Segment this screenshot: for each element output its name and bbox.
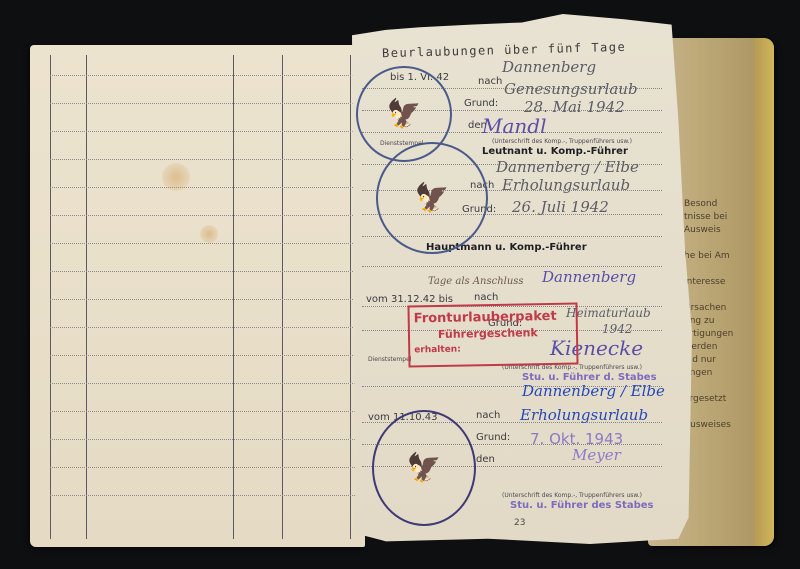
dotted-line <box>362 266 662 267</box>
cover-line: Ursachen <box>684 302 733 315</box>
row-rule <box>50 467 355 468</box>
cover-line: tnisse bei <box>684 211 733 224</box>
cover-spine-edge <box>754 38 774 546</box>
reason-handwriting: Erholungsurlaub <box>502 176 630 194</box>
signer-title: Leutnant u. Komp.-Führer <box>482 146 628 157</box>
red-stamp-line1: Fronturlauberpaket <box>410 305 576 327</box>
cover-text: Besond tnisse bei Ausweis he bei Am Inte… <box>684 198 733 432</box>
page-number: 23 <box>514 518 525 528</box>
cover-line: orgesetzt <box>684 393 733 406</box>
row-rule <box>50 439 355 440</box>
destination-handwriting: Dannenberg <box>502 58 596 76</box>
nach-label: nach <box>476 410 500 421</box>
row-rule <box>50 495 355 496</box>
stain <box>200 225 218 243</box>
cover-line: Besond <box>684 198 733 211</box>
right-page-leave-record: Beurlaubungen über fünf Tage bis 1. VI. … <box>352 14 692 544</box>
row-rule <box>50 159 355 160</box>
unit-stamp-text: Stu. u. Führer des Stabes <box>510 500 653 511</box>
round-purple-stamp: 🦅 <box>372 410 476 526</box>
left-page-ruled <box>30 45 365 547</box>
row-rule <box>50 299 355 300</box>
reason-handwriting: Erholungsurlaub <box>520 406 648 424</box>
date-handwriting: 26. Juli 1942 <box>512 198 609 216</box>
grund-label: Grund: <box>464 98 498 109</box>
eagle-emblem-icon: 🦅 <box>407 454 442 482</box>
destination-handwriting: Dannenberg / Elbe <box>496 158 639 176</box>
row-rule <box>50 131 355 132</box>
from-to-label: vom 31.12.42 bis <box>366 294 453 305</box>
destination-handwriting: Dannenberg <box>542 268 636 286</box>
note-handwriting: Tage als Anschluss <box>428 276 524 287</box>
row-rule <box>50 243 355 244</box>
row-rule <box>50 215 355 216</box>
stamp-label: Dienststempel <box>368 356 411 363</box>
destination-handwriting: Dannenberg / Elbe <box>522 382 665 400</box>
row-rule <box>50 75 355 76</box>
stain <box>162 163 190 191</box>
grund-label: Grund: <box>476 432 510 443</box>
red-stamp-line3: erhalten: <box>410 339 576 356</box>
row-rule <box>50 383 355 384</box>
nach-label: nach <box>474 292 498 303</box>
row-rule <box>50 355 355 356</box>
signature: Mandl <box>482 114 546 138</box>
row-rule <box>50 187 355 188</box>
cover-line: Interesse <box>684 276 733 289</box>
eagle-emblem-icon: 🦅 <box>387 100 422 128</box>
cover-line: Ausweis <box>684 224 733 237</box>
date-handwriting: 1942 <box>602 322 633 336</box>
eagle-emblem-icon: 🦅 <box>415 184 450 212</box>
cover-line: Ausweises <box>684 419 733 432</box>
reason-handwriting: Genesungsurlaub <box>504 80 638 98</box>
red-rectangular-stamp: Fronturlauberpaket Führergeschenk erhalt… <box>407 303 578 368</box>
cover-line: ungen <box>684 367 733 380</box>
nach-label: nach <box>478 76 502 87</box>
row-rule <box>50 327 355 328</box>
row-rule <box>50 103 355 104</box>
cover-line: he bei Am <box>684 250 733 263</box>
signature: Meyer <box>572 446 621 464</box>
den-label: den <box>476 454 495 465</box>
signature-caption: (Unterschrift des Komp.-, Truppenführers… <box>492 138 632 145</box>
round-command-stamp: 🦅 <box>376 142 488 254</box>
signature-caption: (Unterschrift des Komp.-, Truppenführers… <box>502 492 642 499</box>
reason-handwriting: Heimaturlaub <box>566 306 651 320</box>
row-rule <box>50 411 355 412</box>
row-rule <box>50 271 355 272</box>
